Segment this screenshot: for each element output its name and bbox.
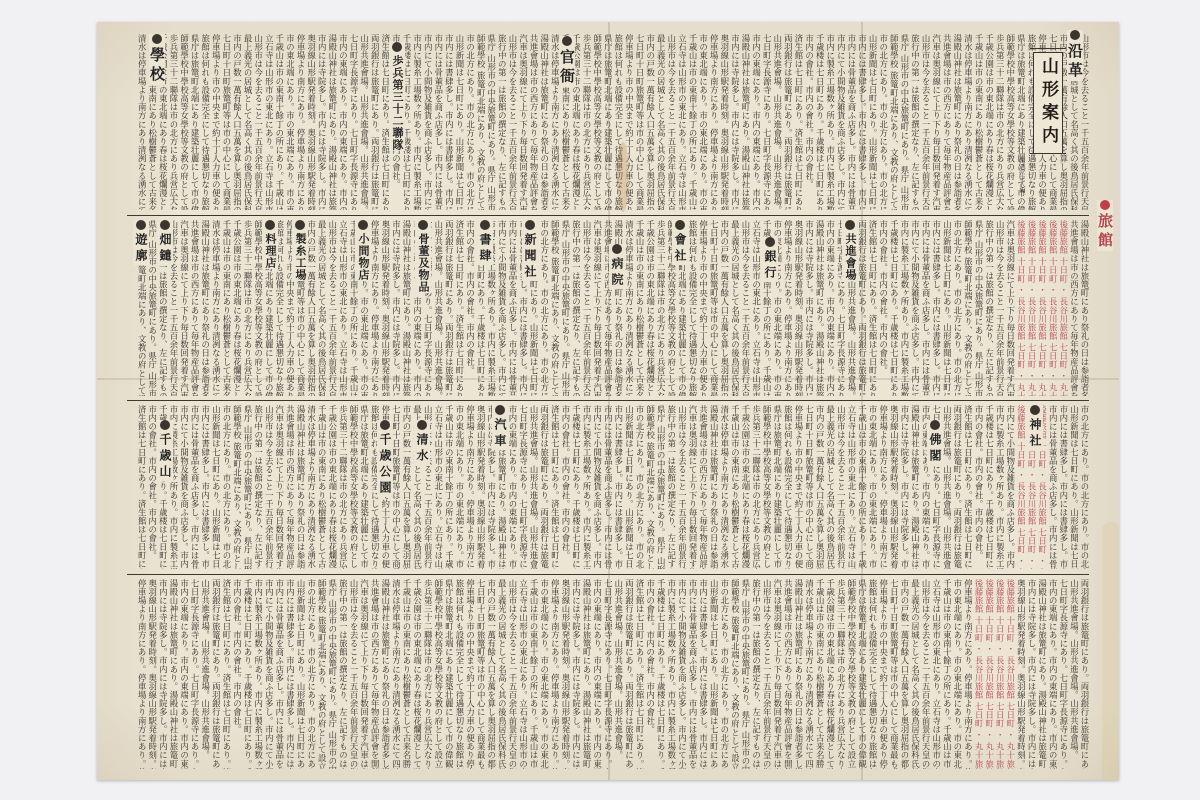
section-hatakeya: 畑鑓 <box>157 220 173 265</box>
text-column: 湯殿山神社は旅篭町にあり。湯殿山神社は旅篭町にあり。湯殿山神社は旅篭町にあり。 <box>815 220 825 396</box>
text-column: 市内の東端にあり。市内の東端にあり。市内の東端にあり。 <box>751 34 761 210</box>
text-column: 市内の戸数一萬有餘人口五萬を算し奥羽屈指の都會なり市内の戸数一萬有餘人口五萬を算… <box>401 405 411 569</box>
text-column: 市内には書肆多し。市内には書肆多し。市内には書肆多し。 <box>931 220 941 396</box>
text-column: 山形市は今を去ること一千五百余年前景行天皇の御宇大和武尊東征の頃既に開けたりとい… <box>507 34 517 210</box>
text-column: 奥羽線山形駅発着時刻。奥羽線山形駅発着時刻。奥羽線山形駅発着時刻。 <box>380 220 390 396</box>
section-chitoseyama: 千歳山 <box>157 420 173 481</box>
text-column: 済生館は七日町にあり。済生館は七日町にあり。済生館は七日町にあり。 <box>454 220 464 396</box>
text-column: 山形市は今を去ること一千五百余年前景行天皇の御宇大和武尊東征の頃既に開けたりとい… <box>995 220 1005 396</box>
text-column: 汽車は奥羽線にて上り下り毎日数回発着す汽車は奥羽線にて上り下り毎日数回発着す汽車… <box>931 34 941 210</box>
text-column: 千歳山は市の東南にあり松樹鬱蒼として古来名勝の地なり千歳山は市の東南にあり松樹鬱… <box>401 579 411 769</box>
text-column: 両羽銀行は旅篭町にあり。両羽銀行は旅篭町にあり。両羽銀行は旅篭町にあり。 <box>444 220 454 396</box>
text-column: 県庁は旅篭町北端にあり建築壮麗にして市の偉観なり県庁は旅篭町北端にあり建築壮麗に… <box>359 405 369 569</box>
text-column: 湯殿山神社は旅篭町にあり。湯殿山神社は旅篭町にあり。湯殿山神社は旅篭町にあり。 <box>401 220 411 396</box>
text-column: 市の北方にあり。市の北方にあり。市の北方にあり。 <box>465 34 475 210</box>
text-column: 山形共進會場。山形共進會場。山形共進會場。 <box>359 34 369 210</box>
section-seishi: 製糸工場 <box>292 220 308 281</box>
text-column: 停車場より南方にあり。停車場より南方にあり。停車場より南方にあり。 <box>963 579 973 769</box>
section-ryokan: 旅館 <box>1097 200 1113 251</box>
section-heading: 會社 <box>672 233 688 265</box>
text-column: 最上義光の居城として名高く其の後鳥居氏保科氏松平氏等相次で封ぜらる最上義光の居城… <box>730 220 740 396</box>
text-column: 市内の會社。市内の會社。市内の會社。 <box>645 579 655 769</box>
text-column: 師範學校 旅篭町北端にあり、文教の府として設立せらる。師範學校 旅篭町北端にあり… <box>232 405 242 569</box>
section-komamono: 小間物店 <box>355 220 371 281</box>
text-column: 市の北方にあり。市の北方にあり。市の北方にあり。 <box>306 579 316 769</box>
text-column: 師範學校 旅篭町北端にあり、文教の府として設立せらる。師範學校 旅篭町北端にあり… <box>730 579 740 769</box>
text-column: 市内には骨董品を商ふ店多し。市内には骨董品を商ふ店多し。市内には骨董品を商ふ店多… <box>507 220 517 396</box>
text-column: 市内にて小間物及雑貨を商ふ店多し。市内にて小間物及雑貨を商ふ店多し。市内にて小間… <box>179 405 189 569</box>
text-column: 七日町十日町旅篭町等は市の中心にして商業最も盛んなり七日町十日町旅篭町等は市の中… <box>709 220 719 396</box>
text-column: 市内の東端にあり。市内の東端にあり。市内の東端にあり。 <box>1048 579 1058 769</box>
text-column: 市の北方にあり。市の北方にあり。市の北方にあり。 <box>719 579 729 769</box>
bullet-icon <box>358 220 368 230</box>
text-column: 師範學校中學校高等女學校等文教の府として設立せらる師範學校中學校高等女學校等文教… <box>762 405 772 569</box>
text-column: 市内には書肆多し。市内には書肆多し。市内には書肆多し。 <box>613 405 623 569</box>
bullet-icon <box>417 420 427 430</box>
text-column: 停車場より南方にあり。停車場より南方にあり。停車場より南方にあり。 <box>137 579 147 769</box>
text-column: 山形共進會場。山形共進會場。山形共進會場。 <box>772 34 782 210</box>
section-jiin: 佛閣 <box>927 420 943 465</box>
text-column: 山形新聞は七日町にあり。山形新聞は七日町にあり。山形新聞は七日町にあり。 <box>454 34 464 210</box>
text-column: 最上義光の居城として名高く其の後鳥居氏保科氏松平氏等相次で封ぜらる最上義光の居城… <box>825 405 835 569</box>
text-column: 共進會場は市の西方にありて毎年物産品評會を開催す共進會場は市の西方にありて毎年物… <box>942 34 952 210</box>
text-column: 市内に製糸工場数ヶ所あり。市内に製糸工場数ヶ所あり。市内に製糸工場数ヶ所あり。 <box>412 34 422 210</box>
text-column: 奥羽線山形駅発着時刻。奥羽線山形駅発着時刻。奥羽線山形駅発着時刻。 <box>889 405 899 569</box>
text-column: 千歳楼は七日町にあり。千歳楼は七日町にあり。千歳楼は七日町にあり。 <box>889 220 899 396</box>
bullet-icon <box>295 220 305 230</box>
text-column: 市内に製糸工場数ヶ所あり。市内に製糸工場数ヶ所あり。市内に製糸工場数ヶ所あり。 <box>582 405 592 569</box>
bullet-icon <box>675 220 685 230</box>
text-column: 市内の東端にあり。市内の東端にあり。市内の東端にあり。 <box>179 579 189 769</box>
text-column: 師範學校中學校高等女學校等文教の府として設立せらる師範學校中學校高等女學校等文教… <box>348 405 358 569</box>
text-column: 千歳山は市の東南にあり松樹鬱蒼として古来名勝の地なり千歳山は市の東南にあり松樹鬱… <box>815 579 825 769</box>
text-column: 共進會場は市の西方にありて毎年物産品評會を開催す共進會場は市の西方にありて毎年物… <box>783 579 793 769</box>
section-kisha: 汽車 <box>492 405 508 450</box>
text-column: 歩兵第三十二聯隊は市の北方にあり兵営広大なり歩兵第三十二聯隊は市の北方にあり兵営… <box>168 34 178 210</box>
text-column: 最上義光の居城として名高く其の後鳥居氏保科氏松平氏等相次で封ぜらる最上義光の居城… <box>497 579 507 769</box>
text-column: 県庁は旅篭町北端にあり建築壮麗にして市の偉観なり県庁は旅篭町北端にあり建築壮麗に… <box>772 405 782 569</box>
text-column: 千歳山は市の東南十餘丁の所にあり。千歳山は市の東南十餘丁の所にあり。千歳山は市の… <box>942 579 952 769</box>
text-column: 市内には書肆多し。市内には書肆多し。市内には書肆多し。 <box>698 579 708 769</box>
text-column: 後藤旅館 十日町 ・ 長谷川旅館 七日町 ・ 丸十旅館 旅篭町 ・ 小松屋 七日… <box>1048 220 1058 396</box>
text-column: 師範學校 旅篭町北端にあり、文教の府として設立せらる。師範學校 旅篭町北端にあり… <box>963 220 973 396</box>
bullet-icon <box>845 220 855 230</box>
section-ryoriten: 料理店 <box>262 220 278 269</box>
text-column: 湯殿山神社は旅篭町にあり祭礼の日は参詣者多し湯殿山神社は旅篭町にあり祭礼の日は参… <box>709 405 719 569</box>
text-column: 旅行中の第一は旅館の撰定なり、左に記すものは市内有名なる旅館にて何れも設備完全な… <box>666 405 676 569</box>
text-column: 清水は停車場より南方にあり清冽なる湧水にて四時涸るることなし清水は停車場より南方… <box>211 220 221 396</box>
text-column: 両羽銀行は旅篭町にあり。両羽銀行は旅篭町にあり。両羽銀行は旅篭町にあり。 <box>783 34 793 210</box>
text-column: 市内の戸数一萬有餘人口五萬を算し奥羽屈指の都會なり市内の戸数一萬有餘人口五萬を算… <box>486 579 496 769</box>
text-column: 旅行中の第一は旅館の撰定なり、左に記すものは市内有名なる旅館にて何れも設備完全な… <box>497 34 507 210</box>
text-column: 県庁 山形市の中央旅篭町にあり。県庁 山形市の中央旅篭町にあり。県庁 山形市の中… <box>973 220 983 396</box>
text-column: 湯殿山神社は旅篭町にあり祭礼の日は参詣者多し湯殿山神社は旅篭町にあり祭礼の日は参… <box>295 405 305 569</box>
text-column: 千歳楼は七日町にあり。千歳楼は七日町にあり。千歳楼は七日町にあり。 <box>815 34 825 210</box>
text-column: 市内の會社。市内の會社。市内の會社。 <box>465 220 475 396</box>
text-column: 師範學校中學校高等女學校等文教の府として設立せらる師範學校中學校高等女學校等文教… <box>179 34 189 210</box>
text-column: 師範學校 旅篭町北端にあり、文教の府として設立せらる。師範學校 旅篭町北端にあり… <box>317 579 327 769</box>
text-column: 後藤旅館 十日町 ・ 長谷川旅館 七日町 ・ 丸十旅館 旅篭町 ・ 小松屋 七日… <box>1058 220 1068 396</box>
text-column: 湯殿山神社は旅篭町にあり。湯殿山神社は旅篭町にあり。湯殿山神社は旅篭町にあり。 <box>168 579 178 769</box>
text-column: 奥羽線山形駅発着時刻。奥羽線山形駅発着時刻。奥羽線山形駅発着時刻。 <box>147 579 157 769</box>
text-column: 山形新聞は七日町にあり。山形新聞は七日町にあり。山形新聞は七日町にあり。 <box>211 405 221 569</box>
text-column: 市内には書肆多し。市内には書肆多し。市内には書肆多し。 <box>1058 405 1068 569</box>
text-column: 市内には骨董品を商ふ店多し。市内には骨董品を商ふ店多し。市内には骨董品を商ふ店多… <box>1048 405 1058 569</box>
text-column: 清水は停車場より南方にあり清冽なる湧水にて四時涸るることなし清水は停車場より南方… <box>391 579 401 769</box>
text-column: 千歳公園は市の東北端にあり春は桜花爛漫として遊客多し千歳公園は市の東北端にあり春… <box>825 579 835 769</box>
text-column: 市内の東端にあり。市内の東端にあり。市内の東端にあり。 <box>338 34 348 210</box>
text-column: 市の北方にあり。市の北方にあり。市の北方にあり。 <box>221 405 231 569</box>
section-heading: 病院 <box>609 257 625 289</box>
text-column: 湯殿山神社は旅篭町にあり。湯殿山神社は旅篭町にあり。湯殿山神社は旅篭町にあり。 <box>582 579 592 769</box>
text-column: 停車場より市の中央まで約十丁人力車の便あり停車場より市の中央まで約十丁人力車の便… <box>793 405 803 569</box>
text-column: 両羽銀行は旅篭町にあり。両羽銀行は旅篭町にあり。両羽銀行は旅篭町にあり。 <box>952 405 962 569</box>
text-column: 最上義光の居城として名高く其の後鳥居氏保科氏松平氏等相次で封ぜらる最上義光の居城… <box>317 220 327 396</box>
bullet-icon <box>1100 200 1110 210</box>
section-heading: 千歳山 <box>157 433 173 481</box>
section-heading: 汽車 <box>492 418 508 450</box>
text-column: 千歳山は市の東南にあり松樹鬱蒼として古来名勝の地なり千歳山は市の東南にあり松樹鬱… <box>973 34 983 210</box>
text-column: 立石寺は山形市の東北にあり。立石寺は山形市の東北にあり。立石寺は山形市の東北にあ… <box>433 405 443 569</box>
text-column: 山形市は今を去ること一千五百余年前景行天皇の御宇大和武尊東征の頃既に開けたりとい… <box>677 405 687 569</box>
bullet-icon <box>136 220 146 230</box>
text-column: 市の東北端にあり。市の東北端にあり。市の東北端にあり。 <box>454 405 464 569</box>
text-column: 旅館は何れも設備完全にして待遇懇切なり旅館は何れも設備完全にして待遇懇切なり旅館… <box>783 405 793 569</box>
text-column: 歩兵第三十二聯隊は市の北方にあり兵営広大なり歩兵第三十二聯隊は市の北方にあり兵営… <box>995 34 1005 210</box>
text-column: 共進會場は市の西方にありて毎年物産品評會を開催す共進會場は市の西方にありて毎年物… <box>285 405 295 569</box>
text-column: 市の北方にあり。市の北方にあり。市の北方にあり。 <box>878 34 888 210</box>
section-heading: 小間物店 <box>355 233 371 281</box>
text-column: 済生館は七日町にあり。済生館は七日町にあり。済生館は七日町にあり。 <box>550 405 560 569</box>
text-column: 市内の會社。市内の會社。市内の會社。 <box>147 405 157 569</box>
text-column: 湯殿山神社は旅篭町にあり祭礼の日は参詣者多し湯殿山神社は旅篭町にあり祭礼の日は参… <box>200 220 210 396</box>
text-column: 市内にて小間物及雑貨を商ふ店多し。市内にて小間物及雑貨を商ふ店多し。市内にて小間… <box>677 579 687 769</box>
section-ginko: 銀行 <box>762 237 778 282</box>
text-column: 後藤旅館 十日町 ・ 長谷川旅館 七日町 ・ 丸十旅館 旅篭町 ・ 小松屋 七日… <box>1016 405 1026 569</box>
text-column: 汽車は奥羽線にて上り下り毎日数回発着す汽車は奥羽線にて上り下り毎日数回発着す汽車… <box>687 405 697 569</box>
text-column: 千歳楼は七日町にあり。千歳楼は七日町にあり。千歳楼は七日町にあり。 <box>656 579 666 769</box>
section-yuenchi: 遊廓 <box>133 220 149 265</box>
text-column: 県庁 山形市の中央旅篭町にあり。県庁 山形市の中央旅篭町にあり。県庁 山形市の中… <box>656 405 666 569</box>
text-column: 市内には骨董品を商ふ店多し。市内には骨董品を商ふ店多し。市内には骨董品を商ふ店多… <box>433 34 443 210</box>
text-column: 共進會場は市の西方にありて毎年物産品評會を開催す共進會場は市の西方にありて毎年物… <box>370 579 380 769</box>
text-column: 市内には寺院多し。市内には寺院多し。市内には寺院多し。 <box>730 34 740 210</box>
section-chitose: 千歳公園 <box>377 420 393 497</box>
text-column: 千歳公園は市の東北端にあり春は桜花爛漫として遊客多し千歳公園は市の東北端にあり春… <box>412 579 422 769</box>
text-column: 七日町十日町旅篭町等は市の中心にして商業最も盛んなり七日町十日町旅篭町等は市の中… <box>634 34 644 210</box>
section-gakko: 學校 <box>149 34 165 85</box>
text-column: 停車場より市の中央まで約十丁人力車の便あり停車場より市の中央まで約十丁人力車の便… <box>211 34 221 210</box>
section-heading: 料理店 <box>262 233 278 269</box>
text-column: 県庁は旅篭町北端にあり建築壮麗にして市の偉観なり県庁は旅篭町北端にあり建築壮麗に… <box>444 579 454 769</box>
text-column: 市内には寺院多し。市内には寺院多し。市内には寺院多し。 <box>899 405 909 569</box>
text-column: 旅館は何れも設備完全にして待遇懇切なり旅館は何れも設備完全にして待遇懇切なり旅館… <box>687 220 697 396</box>
text-column: 市内の戸数一萬有餘人口五萬を算し奥羽屈指の都會なり市内の戸数一萬有餘人口五萬を算… <box>232 34 242 210</box>
text-column: 後藤旅館 十日町 ・ 長谷川旅館 七日町 ・ 丸十旅館 旅篭町 ・ 小松屋 七日… <box>973 579 983 769</box>
text-column: 山形共進會場。山形共進會場。山形共進會場。 <box>1069 579 1079 769</box>
text-column: 山形市は今を去ること一千五百余年前景行天皇の御宇に開けしといふ山形市は今を去るこ… <box>921 579 931 769</box>
text-column: 汽車は奥羽線にて上り下り毎日数回発着す汽車は奥羽線にて上り下り毎日数回発着す汽車… <box>179 220 189 396</box>
section-heading: 書肆 <box>477 233 493 265</box>
text-column: 済生館は七日町にあり。済生館は七日町にあり。済生館は七日町にあり。 <box>963 405 973 569</box>
text-column: 市内に製糸工場数ヶ所あり。市内に製糸工場数ヶ所あり。市内に製糸工場数ヶ所あり。 <box>995 405 1005 569</box>
text-column: 市内の會社。市内の會社。市内の會社。 <box>878 220 888 396</box>
text-column: 停車場より市の中央まで約十丁人力車の便あり停車場より市の中央まで約十丁人力車の便… <box>624 34 634 210</box>
text-column: 湯殿山神社は旅篭町にあり祭礼の日は参詣者多し湯殿山神社は旅篭町にあり祭礼の日は参… <box>952 34 962 210</box>
text-column: 立石寺は山形市の東北にあり。立石寺は山形市の東北にあり。立石寺は山形市の東北にあ… <box>931 579 941 769</box>
text-column: 山形市は今を去ること一千五百余年前景行天皇の御宇に開けしといふ山形市は今を去るこ… <box>836 405 846 569</box>
bullet-icon <box>525 220 535 230</box>
text-column: 旅行中の第一は旅館の撰定なり、左に記すものは市内有名なる旅館にて何れも設備完全な… <box>253 405 263 569</box>
text-column: 市内には書肆多し。市内には書肆多し。市内には書肆多し。 <box>200 405 210 569</box>
text-column: 市内の戸数一萬有餘人口五萬を算し奥羽屈指の都會なり市内の戸数一萬有餘人口五萬を算… <box>645 34 655 210</box>
text-column: 両羽銀行は旅篭町にあり。両羽銀行は旅篭町にあり。両羽銀行は旅篭町にあり。 <box>624 579 634 769</box>
text-column: 七日町十日町旅篭町等は市の中心にして商業最も盛んなり七日町十日町旅篭町等は市の中… <box>221 34 231 210</box>
text-column: 市内に製糸工場数ヶ所あり。市内に製糸工場数ヶ所あり。市内に製糸工場数ヶ所あり。 <box>825 34 835 210</box>
text-column: 千歳楼は七日町にあり。千歳楼は七日町にあり。千歳楼は七日町にあり。 <box>571 405 581 569</box>
text-column: 済生館は七日町にあり。済生館は七日町にあり。済生館は七日町にあり。 <box>634 579 644 769</box>
text-column: 市の北方にあり。市の北方にあり。市の北方にあり。 <box>952 220 962 396</box>
text-column: 山形新聞は七日町にあり。山形新聞は七日町にあり。山形新聞は七日町にあり。 <box>709 579 719 769</box>
text-column: 山形市は今を去ること一千五百余年前景行天皇の御宇に開けしといふ山形市は今を去るこ… <box>253 34 263 210</box>
text-column: 市の北方にあり。市の北方にあり。市の北方にあり。 <box>539 220 549 396</box>
text-column: 千歳公園は市の東北端にあり春は桜花爛漫として遊客多し千歳公園は市の東北端にあり春… <box>645 220 655 396</box>
text-column: 済生館は七日町にあり。済生館は七日町にあり。済生館は七日町にあり。 <box>221 579 231 769</box>
text-column: 済生館は七日町にあり。済生館は七日町にあり。済生館は七日町にあり。 <box>793 34 803 210</box>
text-column: 千歳山は市の東南にあり松樹鬱蒼として古来名勝の地なり千歳山は市の東南にあり松樹鬱… <box>634 220 644 396</box>
text-column: 市内には寺院多し。市内には寺院多し。市内には寺院多し。 <box>804 220 814 396</box>
text-column: 湯殿山神社は旅篭町にあり。湯殿山神社は旅篭町にあり。湯殿山神社は旅篭町にあり。 <box>910 405 920 569</box>
text-column: 旅行中の第一は旅館の撰定なり、左に記すものは市内有名なる旅館にて何れも設備完全な… <box>338 579 348 769</box>
text-column: 千歳楼は七日町にあり。千歳楼は七日町にあり。千歳楼は七日町にあり。 <box>984 405 994 569</box>
text-column: 市の東北端にあり。市の東北端にあり。市の東北端にあり。 <box>539 579 549 769</box>
text-column: 旅館は何れも設備完全にして待遇懇切なり旅館は何れも設備完全にして待遇懇切なり旅館… <box>868 579 878 769</box>
text-column: 千歳楼は七日町にあり。千歳楼は七日町にあり。千歳楼は七日町にあり。 <box>243 579 253 769</box>
text-column: 七日町字長源寺にあり。七日町字長源寺にあり。七日町字長源寺にあり。 <box>348 34 358 210</box>
text-column: 湯殿山神社は旅篭町にあり。湯殿山神社は旅篭町にあり。湯殿山神社は旅篭町にあり。 <box>740 34 750 210</box>
text-column: 清水は停車場より南方にあり清冽なる湧水にて四時涸るることなし清水は停車場より南方… <box>804 579 814 769</box>
text-column: 両羽銀行は旅篭町にあり。両羽銀行は旅篭町にあり。両羽銀行は旅篭町にあり。 <box>1079 579 1089 769</box>
text-column: 市の東北端にあり。市の東北端にあり。市の東北端にあり。 <box>285 34 295 210</box>
text-column: 千歳公園は市の東北端にあり春は桜花爛漫として遊客多し千歳公園は市の東北端にあり春… <box>232 220 242 396</box>
text-column: 後藤旅館 十日町 ・ 長谷川旅館 七日町 ・ 丸十旅館 旅篭町 ・ 小松屋 七日… <box>984 579 994 769</box>
text-column: 千歳公園は市の東北端にあり春は桜花爛漫として遊客多し千歳公園は市の東北端にあり春… <box>984 34 994 210</box>
text-column: 県庁 山形市の中央旅篭町にあり。県庁 山形市の中央旅篭町にあり。県庁 山形市の中… <box>327 579 337 769</box>
section-kaisha: 會社 <box>672 220 688 265</box>
text-column: 千歳山は市の東南にあり松樹鬱蒼として古来名勝の地なり千歳山は市の東南にあり松樹鬱… <box>221 220 231 396</box>
text-column: 県庁は旅篭町北端にあり建築壮麗にして市の偉観なり県庁は旅篭町北端にあり建築壮麗に… <box>190 34 200 210</box>
byline: 至誠堂主人編 <box>1017 157 1026 193</box>
section-enkaku: 沿革 <box>1067 30 1083 81</box>
text-column: 市内にて小間物及雑貨を商ふ店多し。市内にて小間物及雑貨を商ふ店多し。市内にて小間… <box>592 405 602 569</box>
bullet-icon <box>265 220 275 230</box>
text-column: 湯殿山神社は旅篭町にあり祭礼の日は参詣者多し湯殿山神社は旅篭町にあり祭礼の日は参… <box>539 34 549 210</box>
paper-stain <box>1102 522 1119 780</box>
text-column: 旅館は何れも設備完全にして待遇懇切なり旅館は何れも設備完全にして待遇懇切なり旅館… <box>200 34 210 210</box>
section-heading: 旅館 <box>1097 213 1113 251</box>
text-column: 市内には骨董品を商ふ店多し。市内には骨董品を商ふ店多し。市内には骨董品を商ふ店多… <box>846 34 856 210</box>
text-column: 立石寺は山形市の東北にあり。立石寺は山形市の東北にあり。立石寺は山形市の東北にあ… <box>264 34 274 210</box>
text-column: 最上義光の居城として名高く其の後鳥居氏保科氏松平氏等相次で封ぜらる最上義光の居城… <box>656 34 666 210</box>
text-column: 歩兵第三十二聯隊は市の北方にあり兵営広大なり歩兵第三十二聯隊は市の北方にあり兵営… <box>582 34 592 210</box>
text-column: 市内には骨董品を商ふ店多し。市内には骨董品を商ふ店多し。市内には骨董品を商ふ店多… <box>190 405 200 569</box>
bullet-icon <box>612 244 622 254</box>
fold-line-horizontal <box>97 378 1119 380</box>
text-column: 両羽銀行は旅篭町にあり。両羽銀行は旅篭町にあり。両羽銀行は旅篭町にあり。 <box>370 34 380 210</box>
text-column: 停車場より南方にあり。停車場より南方にあり。停車場より南方にあり。 <box>295 34 305 210</box>
text-column: 停車場より市の中央まで約十丁人力車の便あり停車場より市の中央まで約十丁人力車の便… <box>698 220 708 396</box>
text-column: 汽車は奥羽線にて上り下り毎日数回発着す汽車は奥羽線にて上り下り毎日数回発着す汽車… <box>772 579 782 769</box>
text-column: 清水は停車場より南方にあり清冽なる湧水にて四時涸るることなし清水は停車場より南方… <box>963 34 973 210</box>
text-column: 歩兵第三十二聯隊は市の北方にあり兵営広大なり歩兵第三十二聯隊は市の北方にあり兵営… <box>836 579 846 769</box>
text-column: 千歳山は市の東南十餘丁の所にあり。千歳山は市の東南十餘丁の所にあり。千歳山は市の… <box>687 34 697 210</box>
text-column: 奥羽線山形駅発着時刻。奥羽線山形駅発着時刻。奥羽線山形駅発着時刻。 <box>793 220 803 396</box>
section-heading: 銀行 <box>762 250 778 282</box>
text-column: 停車場より南方にあり。停車場より南方にあり。停車場より南方にあり。 <box>709 34 719 210</box>
text-column: 市の東北端にあり。市の東北端にあり。市の東北端にあり。 <box>868 405 878 569</box>
section-heading: 骨董及物品 <box>415 233 431 293</box>
text-column: 山形新聞は七日町にあり。山形新聞は七日町にあり。山形新聞は七日町にあり。 <box>942 220 952 396</box>
text-column: 山形市は今を去ること一千五百余年前景行天皇の御宇大和武尊東征の頃既に開けたりとい… <box>348 579 358 769</box>
text-column: 師範學校中學校高等女學校等文教の府として設立せらる師範學校中學校高等女學校等文教… <box>433 579 443 769</box>
text-column: 山形市は今を去ること一千五百余年前景行天皇の御宇大和武尊東征の頃既に開けたりとい… <box>582 220 592 396</box>
text-column: 七日町字長源寺にあり。七日町字長源寺にあり。七日町字長源寺にあり。 <box>518 405 528 569</box>
text-column: 市内に製糸工場数ヶ所あり。市内に製糸工場数ヶ所あり。市内に製糸工場数ヶ所あり。 <box>666 579 676 769</box>
text-column: 最上義光の居城として名高く其の後鳥居氏保科氏松平氏等相次で封ぜらる最上義光の居城… <box>243 34 253 210</box>
text-column: 師範學校 旅篭町北端にあり、文教の府として設立せらる。師範學校 旅篭町北端にあり… <box>476 34 486 210</box>
text-column: 市内の東端にあり。市内の東端にあり。市内の東端にあり。 <box>592 579 602 769</box>
section-shimizu: 清水 <box>414 420 430 465</box>
text-column: 山形新聞は七日町にあり。山形新聞は七日町にあり。山形新聞は七日町にあり。 <box>295 579 305 769</box>
text-column: 山形市は今を去ること一千五百余年前景行天皇の御宇に開けしといふ山形市は今を去るこ… <box>666 34 676 210</box>
text-column: 七日町十日町旅篭町等は市の中心にして商業最も盛んなり七日町十日町旅篭町等は市の中… <box>476 579 486 769</box>
section-heading: 千歳公園 <box>377 433 393 497</box>
section-shinbunsha: 新聞社 <box>522 220 538 281</box>
text-column: 県庁 山形市の中央旅篭町にあり。県庁 山形市の中央旅篭町にあり。県庁 山形市の中… <box>243 405 253 569</box>
text-column: 山形新聞は七日町にあり。山形新聞は七日町にあり。山形新聞は七日町にあり。 <box>1069 405 1079 569</box>
bullet-icon <box>160 220 170 230</box>
text-column: 湯殿山神社は旅篭町にあり。湯殿山神社は旅篭町にあり。湯殿山神社は旅篭町にあり。 <box>327 34 337 210</box>
text-column: 山形市は今を去ること一千五百余年前景行天皇の御宇大和武尊東征の頃既に開けたりとい… <box>921 34 931 210</box>
section-heading: 佛閣 <box>927 433 943 465</box>
text-column: 両羽銀行は旅篭町にあり。両羽銀行は旅篭町にあり。両羽銀行は旅篭町にあり。 <box>211 579 221 769</box>
section-byoin: 病院 <box>609 244 625 289</box>
text-column: 共進會場は市の西方にありて毎年物産品評會を開催す共進會場は市の西方にありて毎年物… <box>529 34 539 210</box>
text-column: 七日町十日町旅篭町等は市の中心にして商業最も盛んなり七日町十日町旅篭町等は市の中… <box>889 579 899 769</box>
text-column: 後藤旅館 十日町 ・ 長谷川旅館 七日町 ・ 丸十旅館 旅篭町 ・ 小松屋 七日… <box>1016 220 1026 396</box>
text-column: 汽車は奥羽線にて上り下り毎日数回発着す汽車は奥羽線にて上り下り毎日数回発着す汽車… <box>274 405 284 569</box>
text-column: 師範學校 旅篭町北端にあり、文教の府として設立せらる。師範學校 旅篭町北端にあり… <box>645 405 655 569</box>
bullet-icon <box>418 220 428 230</box>
text-column: 師範學校 旅篭町北端にあり、文教の府として設立せらる。師範學校 旅篭町北端にあり… <box>550 220 560 396</box>
section-heading: 新聞社 <box>522 233 538 281</box>
text-column: 最上義光の居城として名高く其の後鳥居氏保科氏松平氏等相次で封ぜらる最上義光の居城… <box>910 579 920 769</box>
text-column: 市内の會社。市内の會社。市内の會社。 <box>804 34 814 210</box>
text-column: 奥羽線山形駅発着時刻。奥羽線山形駅発着時刻。奥羽線山形駅発着時刻。 <box>306 34 316 210</box>
text-column: 県庁 山形市の中央旅篭町にあり。県庁 山形市の中央旅篭町にあり。県庁 山形市の中… <box>740 579 750 769</box>
text-column: 奥羽線山形駅発着時刻。奥羽線山形駅発着時刻。奥羽線山形駅発着時刻。 <box>476 405 486 569</box>
document-title: 山形案内 <box>1033 52 1063 154</box>
text-column: 歩兵第三十二聯隊は市の北方にあり兵営広大なり歩兵第三十二聯隊は市の北方にあり兵営… <box>656 220 666 396</box>
text-column: 清水は停車場より南方にあり清冽なる湧水にて四時涸るることなし清水は停車場より南方… <box>306 405 316 569</box>
section-kyoshin: 共進會場 <box>842 220 858 281</box>
section-hohei: 歩兵第三十二聯隊 <box>389 42 405 151</box>
text-column: 旅行中の第一は旅館の撰定なり、左に記すものは市内有名なる旅館にて何れも設備完全な… <box>984 220 994 396</box>
text-column: 汽車は奥羽線にて上り下り毎日数回発着す汽車は奥羽線にて上り下り毎日数回発着す汽車… <box>359 579 369 769</box>
section-heading: 遊廓 <box>133 233 149 265</box>
text-column: 旅館は何れも設備完全にして待遇懇切なり旅館は何れも設備完全にして待遇懇切なり旅館… <box>454 579 464 769</box>
document-sheet: 山形市は今を去ること一千五百余年前景行天皇の御宇に開けしといふ山形市は今を去るこ… <box>97 22 1119 780</box>
text-column: 旅館は何れも設備完全にして待遇懇切なり旅館は何れも設備完全にして待遇懇切なり旅館… <box>613 34 623 210</box>
fold-line-vertical <box>608 22 610 780</box>
text-column: 後藤旅館 十日町 ・ 長谷川旅館 七日町 ・ 丸十旅館 旅篭町 ・ 小松屋 七日… <box>1005 579 1015 769</box>
section-heading: 官衙 <box>559 49 575 87</box>
text-column: 山形共進會場。山形共進會場。山形共進會場。 <box>613 579 623 769</box>
text-column: 市内には寺院多し。市内には寺院多し。市内には寺院多し。 <box>158 579 168 769</box>
text-column: 県庁 山形市の中央旅篭町にあり。県庁 山形市の中央旅篭町にあり。県庁 山形市の中… <box>899 34 909 210</box>
text-column: 山形市は今を去ること一千五百余年前景行天皇の御宇に開けしといふ山形市は今を去るこ… <box>507 579 517 769</box>
text-column: 市内の會社。市内の會社。市内の會社。 <box>232 579 242 769</box>
text-column: 市の北方にあり。市の北方にあり。市の北方にあり。 <box>1079 405 1089 569</box>
text-column: 停車場より南方にあり。停車場より南方にあり。停車場より南方にあり。 <box>783 220 793 396</box>
text-column: 市内の會社。市内の會社。市内の會社。 <box>973 405 983 569</box>
text-column: 停車場より南方にあり。停車場より南方にあり。停車場より南方にあり。 <box>370 220 380 396</box>
section-heading: 神社 <box>1027 418 1043 450</box>
text-column: 市の北方にあり。市の北方にあり。市の北方にあり。 <box>634 405 644 569</box>
section-heading: 清水 <box>414 433 430 465</box>
bullet-icon <box>930 420 940 430</box>
text-column: 市内には書肆多し。市内には書肆多し。市内には書肆多し。 <box>285 579 295 769</box>
bullet-icon <box>1030 405 1040 415</box>
text-column: 旅行中の第一は旅館の撰定なり、左に記すものは市内有名なる旅館にて何れも設備完全な… <box>571 220 581 396</box>
text-column: 市内には書肆多し。市内には書肆多し。市内には書肆多し。 <box>444 34 454 210</box>
text-column: 市内に製糸工場数ヶ所あり。市内に製糸工場数ヶ所あり。市内に製糸工場数ヶ所あり。 <box>253 579 263 769</box>
section-jinja: 神社 <box>1027 405 1043 450</box>
text-column: 立石寺は山形市の東北にあり。立石寺は山形市の東北にあり。立石寺は山形市の東北にあ… <box>518 579 528 769</box>
text-column: 共進會場は市の西方にありて毎年物産品評會を開催す共進會場は市の西方にありて毎年物… <box>1069 220 1079 396</box>
text-column: 師範學校中學校高等女學校等文教の府として設立せらる師範學校中學校高等女學校等文教… <box>592 34 602 210</box>
text-column: 済生館は七日町にあり。済生館は七日町にあり。済生館は七日町にあり。 <box>137 405 147 569</box>
text-column: 市内には寺院多し。市内には寺院多し。市内には寺院多し。 <box>391 220 401 396</box>
text-column: 停車場より南方にあり。停車場より南方にあり。停車場より南方にあり。 <box>550 579 560 769</box>
text-column: 旅行中の第一は旅館の撰定なり、左に記すものは市内有名なる旅館にて何れも設備完全な… <box>751 579 761 769</box>
text-column: 市内には骨董品を商ふ店多し。市内には骨董品を商ふ店多し。市内には骨董品を商ふ店多… <box>687 579 697 769</box>
text-column: 後藤旅館 十日町 ・ 長谷川旅館 七日町 ・ 丸十旅館 旅篭町 ・ 小松屋 七日… <box>1026 220 1036 396</box>
text-column: 師範學校 旅篭町北端にあり、文教の府として設立せらる。師範學校 旅篭町北端にあり… <box>889 34 899 210</box>
text-column: 千歳山は市の東南十餘丁の所にあり。千歳山は市の東南十餘丁の所にあり。千歳山は市の… <box>274 34 284 210</box>
text-column: 湯殿山神社は旅篭町にあり祭礼の日は参詣者多し湯殿山神社は旅篭町にあり祭礼の日は参… <box>793 579 803 769</box>
bullet-icon <box>495 405 505 415</box>
text-column: 市内の東端にあり。市内の東端にあり。市内の東端にあり。 <box>507 405 517 569</box>
text-column: 千歳山は市の東南十餘丁の所にあり。千歳山は市の東南十餘丁の所にあり。千歳山は市の… <box>444 405 454 569</box>
text-column: 市内にて小間物及雑貨を商ふ店多し。市内にて小間物及雑貨を商ふ店多し。市内にて小間… <box>423 34 433 210</box>
section-heading: 沿革 <box>1067 43 1083 81</box>
section-kangai: 官衙 <box>559 36 575 87</box>
text-column: 市内の戸数一萬有餘人口五萬を算し奥羽屈指の都會なり市内の戸数一萬有餘人口五萬を算… <box>815 405 825 569</box>
bullet-icon <box>392 42 402 52</box>
text-column: 千歳公園は市の東北端にあり春は桜花爛漫として遊客多し千歳公園は市の東北端にあり春… <box>740 405 750 569</box>
text-column: 七日町字長源寺にあり。七日町字長源寺にあり。七日町字長源寺にあり。 <box>1058 579 1068 769</box>
text-column: 市内には寺院多し。市内には寺院多し。市内には寺院多し。 <box>571 579 581 769</box>
text-column: 汽車は奥羽線にて上り下り毎日数回発着す汽車は奥羽線にて上り下り毎日数回発着す汽車… <box>1005 220 1015 396</box>
text-column: 市の東北端にあり。市の東北端にあり。市の東北端にあり。 <box>698 34 708 210</box>
text-column: 千歳山は市の東南にあり松樹鬱蒼として古来名勝の地なり千歳山は市の東南にあり松樹鬱… <box>730 405 740 569</box>
text-column: 七日町字長源寺にあり。七日町字長源寺にあり。七日町字長源寺にあり。 <box>190 579 200 769</box>
text-column: 立石寺は山形市の東北にあり。立石寺は山形市の東北にあり。立石寺は山形市の東北にあ… <box>751 220 761 396</box>
text-column: 県庁 山形市の中央旅篭町にあり。県庁 山形市の中央旅篭町にあり。県庁 山形市の中… <box>486 34 496 210</box>
text-column: 汽車は奥羽線にて上り下り毎日数回発着す汽車は奥羽線にて上り下り毎日数回発着す汽車… <box>518 34 528 210</box>
bullet-icon <box>480 220 490 230</box>
